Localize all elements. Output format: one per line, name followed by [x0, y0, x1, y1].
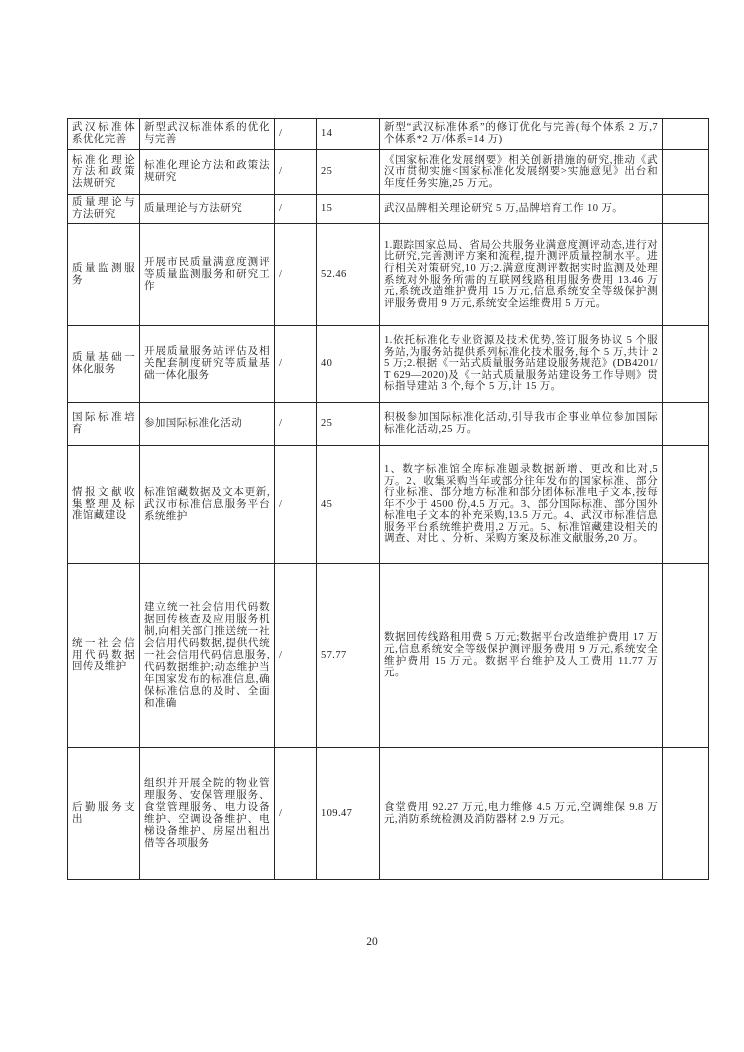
quantity-cell: / — [275, 564, 317, 748]
amount-cell: 52.46 — [317, 224, 380, 326]
project-cell: 建立统一社会信用代码数据回传核查及应用服务机制,向相关部门推送统一社会信用代码数… — [140, 564, 275, 748]
quantity-cell: / — [275, 748, 317, 880]
quantity-cell: / — [275, 326, 317, 403]
category-cell: 情报文献收集整理及标准馆藏建设 — [68, 446, 140, 564]
amount-cell: 14 — [317, 119, 380, 150]
detail-cell: 武汉品牌相关理论研究 5 万,品牌培育工作 10 万。 — [380, 195, 663, 224]
table-row: 质量理论与方法研究 质量理论与方法研究 / 15 武汉品牌相关理论研究 5 万,… — [68, 195, 709, 224]
category-cell: 国际标准培育 — [68, 403, 140, 446]
amount-cell: 109.47 — [317, 748, 380, 880]
table-row: 统一社会信用代码数据回传及维护 建立统一社会信用代码数据回传核查及应用服务机制,… — [68, 564, 709, 748]
detail-cell: 1.依托标准化专业资源及技术优势,签订服务协议 5 个服务站,为服务站提供系列标… — [380, 326, 663, 403]
quantity-cell: / — [275, 195, 317, 224]
project-cell: 组织并开展全院的物业管理服务、安保管理服务、食堂管理服务、电力设备维护、空调设备… — [140, 748, 275, 880]
quantity-cell: / — [275, 403, 317, 446]
note-cell — [663, 748, 709, 880]
category-cell: 质量监测服务 — [68, 224, 140, 326]
amount-cell: 45 — [317, 446, 380, 564]
quantity-cell: / — [275, 446, 317, 564]
detail-cell: 新型“武汉标准体系”的修订优化与完善(每个体系 2 万,7 个体系*2 万/体系… — [380, 119, 663, 150]
category-cell: 武汉标准体系优化完善 — [68, 119, 140, 150]
project-cell: 标准馆藏数据及文本更新,武汉市标准信息服务平台系统维护 — [140, 446, 275, 564]
amount-cell: 40 — [317, 326, 380, 403]
note-cell — [663, 195, 709, 224]
quantity-cell: / — [275, 224, 317, 326]
table-row: 后勤服务支出 组织并开展全院的物业管理服务、安保管理服务、食堂管理服务、电力设备… — [68, 748, 709, 880]
note-cell — [663, 224, 709, 326]
quantity-cell: / — [275, 119, 317, 150]
table-row: 情报文献收集整理及标准馆藏建设 标准馆藏数据及文本更新,武汉市标准信息服务平台系… — [68, 446, 709, 564]
quantity-cell: / — [275, 150, 317, 195]
detail-cell: 数据回传线路租用费 5 万元;数据平台改造维护费用 17 万元,信息系统安全等级… — [380, 564, 663, 748]
table-row: 国际标准培育 参加国际标准化活动 / 25 积极参加国际标准化活动,引导我市企事… — [68, 403, 709, 446]
detail-cell: 食堂费用 92.27 万元,电力维修 4.5 万元,空调维保 9.8 万元,消防… — [380, 748, 663, 880]
table-row: 质量监测服务 开展市民质量满意度测评等质量监测服务和研究工作 / 52.46 1… — [68, 224, 709, 326]
project-cell: 新型武汉标准体系的优化与完善 — [140, 119, 275, 150]
project-cell: 参加国际标准化活动 — [140, 403, 275, 446]
category-cell: 质量理论与方法研究 — [68, 195, 140, 224]
project-cell: 开展市民质量满意度测评等质量监测服务和研究工作 — [140, 224, 275, 326]
table-row: 武汉标准体系优化完善 新型武汉标准体系的优化与完善 / 14 新型“武汉标准体系… — [68, 119, 709, 150]
category-cell: 统一社会信用代码数据回传及维护 — [68, 564, 140, 748]
document-page: 武汉标准体系优化完善 新型武汉标准体系的优化与完善 / 14 新型“武汉标准体系… — [0, 0, 744, 1052]
table-row: 标准化理论方法和政策法规研究 标准化理论方法和政策法规研究 / 25 《国家标准… — [68, 150, 709, 195]
note-cell — [663, 150, 709, 195]
detail-cell: 1.跟踪国家总局、省局公共服务业满意度测评动态,进行对比研究,完善测评方案和流程… — [380, 224, 663, 326]
amount-cell: 57.77 — [317, 564, 380, 748]
table-row: 质量基础一体化服务 开展质量服务站评估及相关配套制度研究等质量基础一体化服务 /… — [68, 326, 709, 403]
amount-cell: 25 — [317, 150, 380, 195]
amount-cell: 25 — [317, 403, 380, 446]
project-cell: 标准化理论方法和政策法规研究 — [140, 150, 275, 195]
detail-cell: 积极参加国际标准化活动,引导我市企事业单位参加国际标准化活动,25 万。 — [380, 403, 663, 446]
page-number: 20 — [0, 936, 744, 948]
note-cell — [663, 403, 709, 446]
detail-cell: 《国家标准化发展纲要》相关创新措施的研究,推动《武汉市贯彻实施<国家标准化发展纲… — [380, 150, 663, 195]
category-cell: 质量基础一体化服务 — [68, 326, 140, 403]
note-cell — [663, 119, 709, 150]
note-cell — [663, 326, 709, 403]
category-cell: 标准化理论方法和政策法规研究 — [68, 150, 140, 195]
project-cell: 开展质量服务站评估及相关配套制度研究等质量基础一体化服务 — [140, 326, 275, 403]
category-cell: 后勤服务支出 — [68, 748, 140, 880]
detail-cell: 1、数字标准馆全库标准题录数据新增、更改和比对,5 万。2、收集采购当年或部分往… — [380, 446, 663, 564]
note-cell — [663, 446, 709, 564]
budget-table: 武汉标准体系优化完善 新型武汉标准体系的优化与完善 / 14 新型“武汉标准体系… — [67, 118, 709, 880]
note-cell — [663, 564, 709, 748]
amount-cell: 15 — [317, 195, 380, 224]
project-cell: 质量理论与方法研究 — [140, 195, 275, 224]
